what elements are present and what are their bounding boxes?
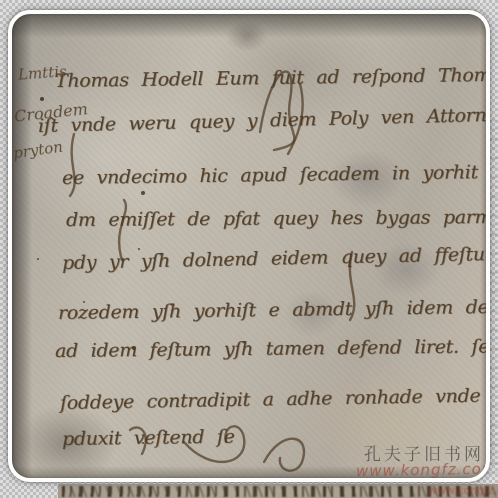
- kongfz-watermark-url: www.kongfz.com: [356, 460, 486, 478]
- strip-watermark-remnant: www.kongfz.com: [428, 484, 498, 497]
- manuscript-line: ad idem feſtum yſh tamen defend liret. ſ…: [55, 334, 486, 362]
- manuscript-listing-photo: www.kongfz.com Lmttis Croadem pryton Tho…: [0, 0, 498, 498]
- manuscript-photo: Lmttis Croadem pryton Thomas Hodell Eum …: [12, 14, 486, 478]
- ghost-script-right-band: [486, 120, 498, 475]
- parchment-edge-shadow-left: [12, 14, 32, 478]
- manuscript-line: dm emiſſet de pfat quey hes bygas parmi …: [66, 205, 486, 231]
- parchment-edge-shadow-top: [12, 14, 486, 38]
- manuscript-line: pduxit veſtend ſe: [62, 426, 235, 450]
- wormhole-specks: [40, 97, 44, 101]
